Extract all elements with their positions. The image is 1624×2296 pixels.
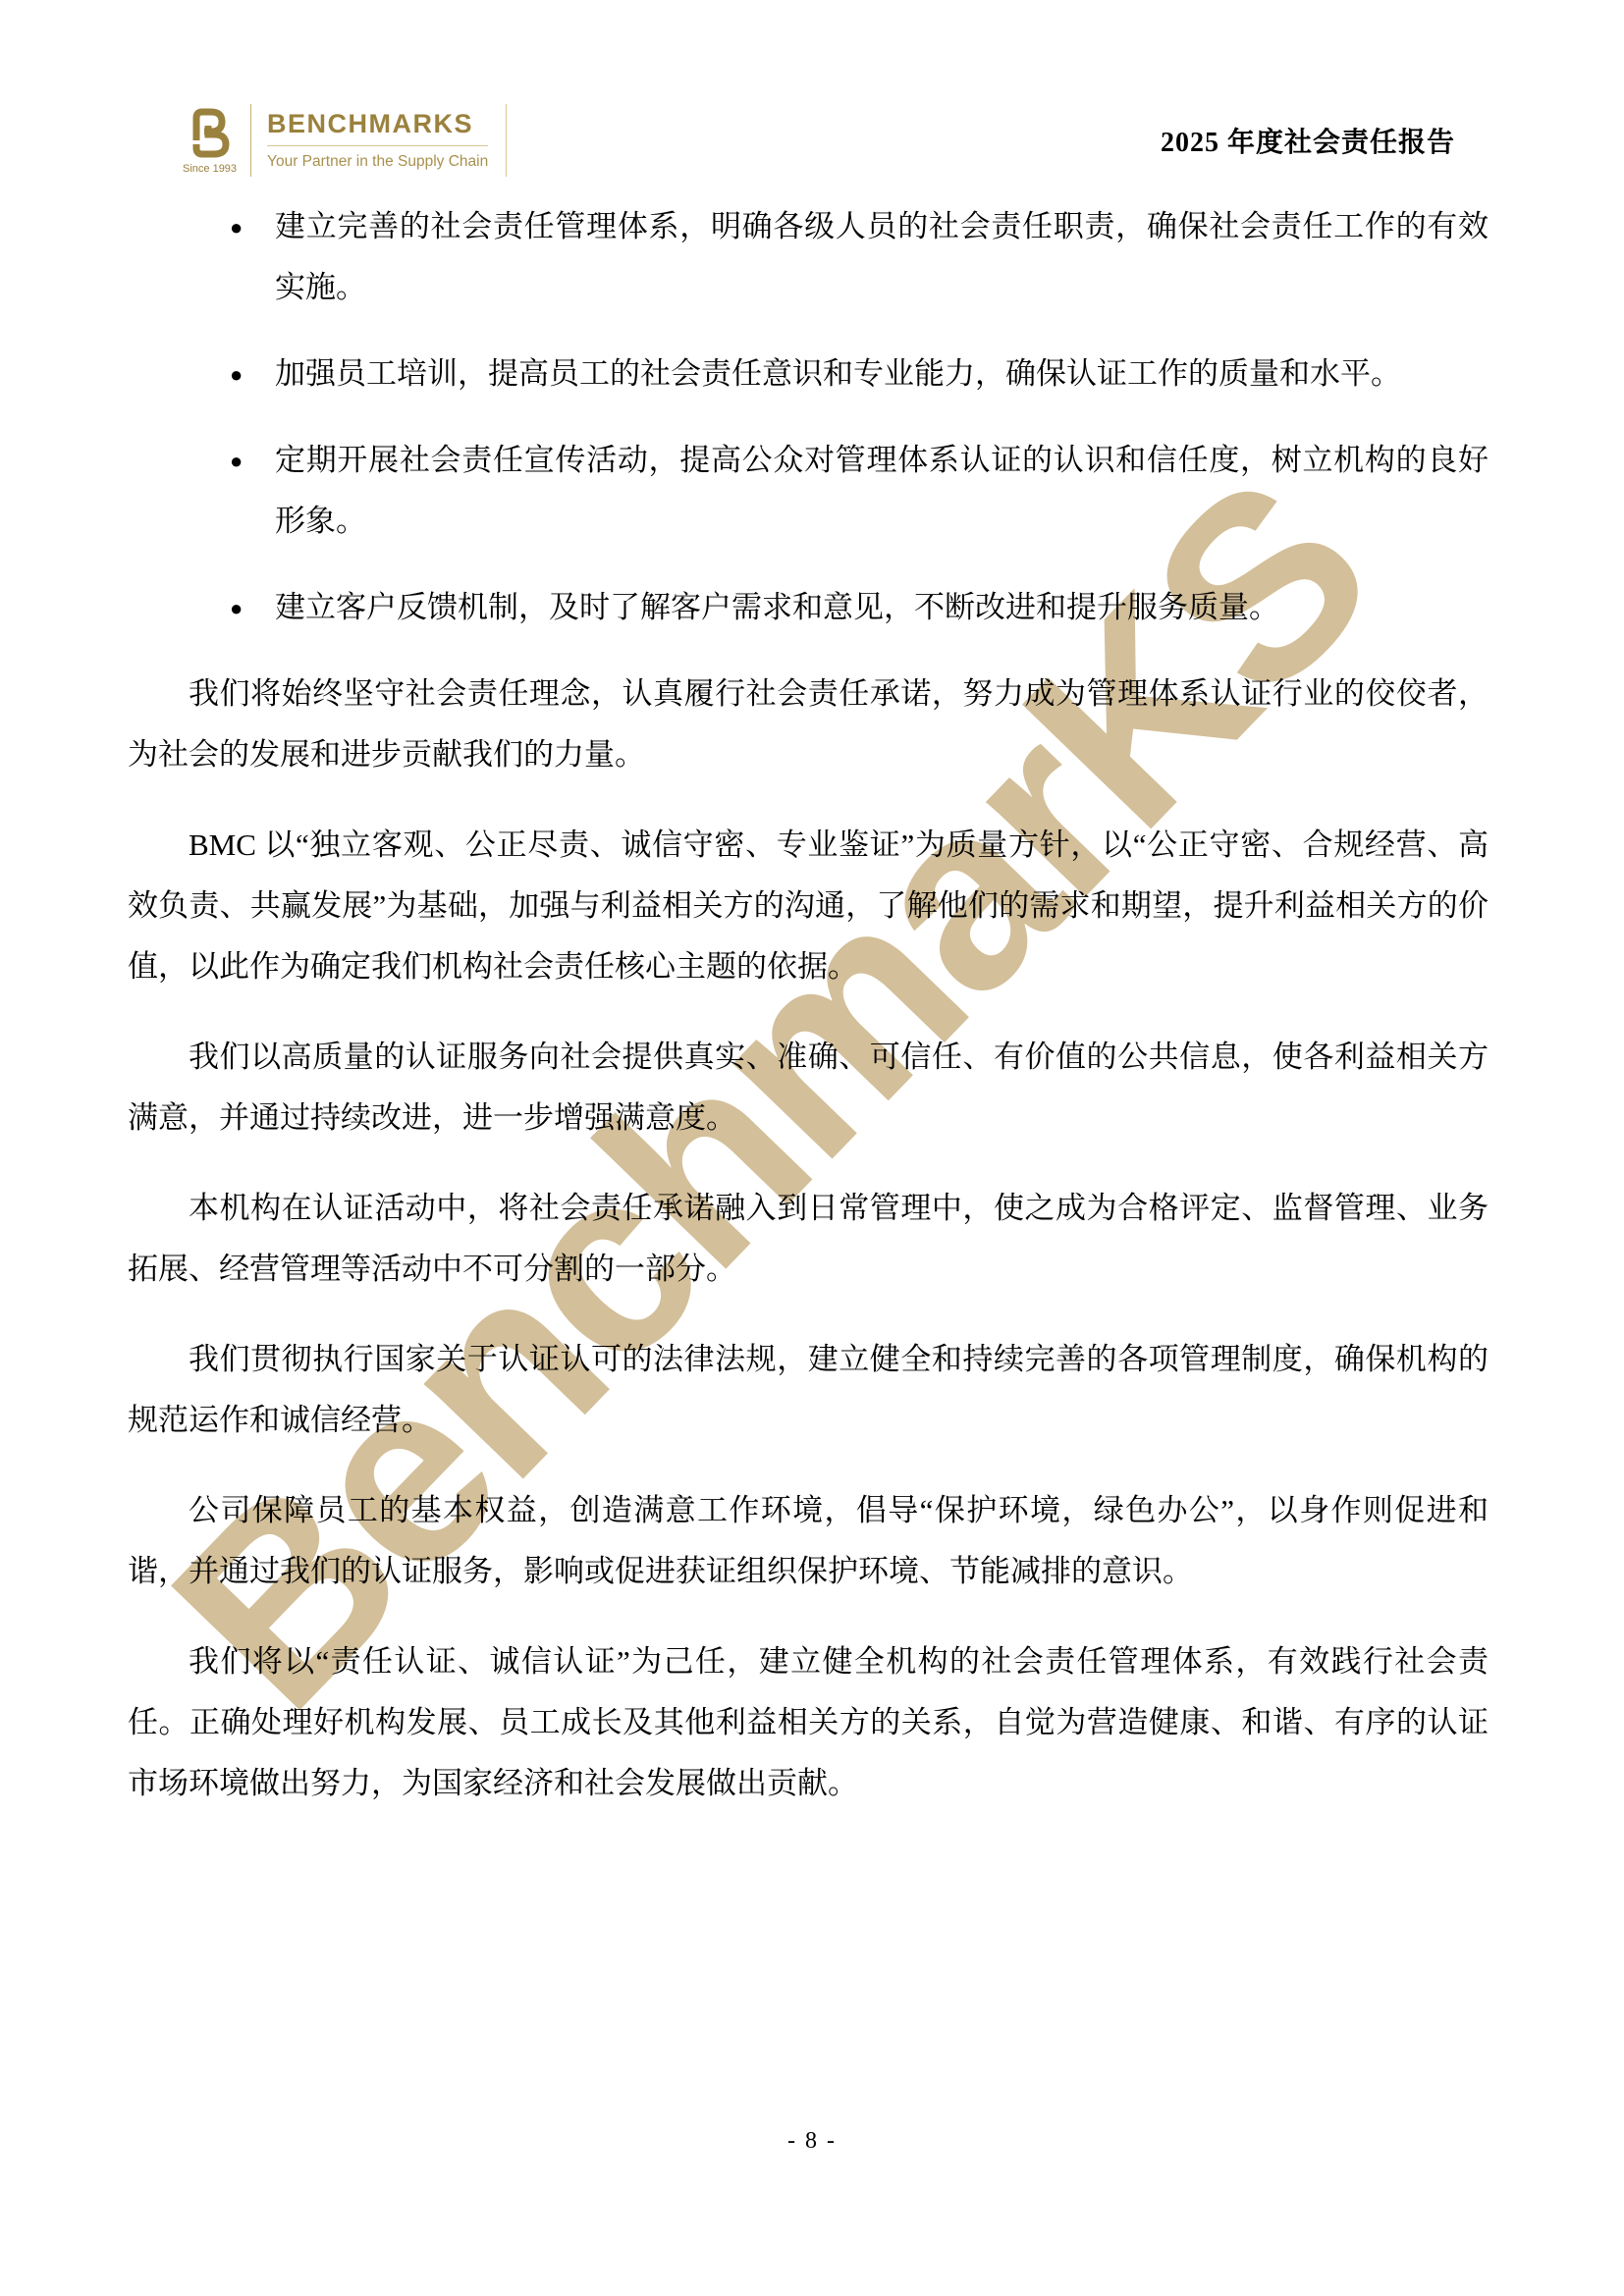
list-item-text: 建立完善的社会责任管理体系，明确各级人员的社会责任职责，确保社会责任工作的有效实… bbox=[275, 209, 1489, 304]
bullet-dot-icon: ● bbox=[230, 578, 243, 639]
paragraph: 本机构在认证活动中，将社会责任承诺融入到日常管理中，使之成为合格评定、监督管理、… bbox=[128, 1178, 1489, 1300]
list-item: ● 建立完善的社会责任管理体系，明确各级人员的社会责任职责，确保社会责任工作的有… bbox=[128, 196, 1489, 318]
list-item-text: 定期开展社会责任宣传活动，提高公众对管理体系认证的认识和信任度，树立机构的良好形… bbox=[275, 443, 1489, 538]
document-page: BenchmarKS Since 1993 BENCHMARKS Your Pa… bbox=[0, 0, 1624, 2296]
document-body: ● 建立完善的社会责任管理体系，明确各级人员的社会责任职责，确保社会责任工作的有… bbox=[0, 177, 1624, 1814]
paragraph: 公司保障员工的基本权益，创造满意工作环境，倡导“保护环境，绿色办公”，以身作则促… bbox=[128, 1480, 1489, 1602]
paragraph: 我们贯彻执行国家关于认证认可的法律法规，建立健全和持续完善的各项管理制度，确保机… bbox=[128, 1329, 1489, 1451]
brand-name: BENCHMARKS bbox=[267, 110, 488, 139]
report-title: 2025 年度社会责任报告 bbox=[1161, 121, 1455, 160]
logo-text-column: BENCHMARKS Your Partner in the Supply Ch… bbox=[251, 104, 507, 177]
benchmarks-b-icon bbox=[184, 104, 237, 161]
bullet-dot-icon: ● bbox=[230, 431, 243, 492]
list-item: ● 建立客户反馈机制，及时了解客户需求和意见，不断改进和提升服务质量。 bbox=[128, 577, 1489, 638]
paragraph: 我们将始终坚守社会责任理念，认真履行社会责任承诺，努力成为管理体系认证行业的佼佼… bbox=[128, 664, 1489, 785]
list-item-text: 加强员工培训，提高员工的社会责任意识和专业能力，确保认证工作的质量和水平。 bbox=[275, 356, 1401, 391]
paragraph: BMC 以“独立客观、公正尽责、诚信守密、专业鉴证”为质量方针，以“公正守密、合… bbox=[128, 815, 1489, 997]
company-logo: Since 1993 BENCHMARKS Your Partner in th… bbox=[183, 104, 507, 177]
page-number: - 8 - bbox=[787, 2128, 837, 2154]
list-item: ● 加强员工培训，提高员工的社会责任意识和专业能力，确保认证工作的质量和水平。 bbox=[128, 344, 1489, 404]
paragraph: 我们以高质量的认证服务向社会提供真实、准确、可信任、有价值的公共信息，使各利益相… bbox=[128, 1027, 1489, 1148]
page-footer: - 8 - bbox=[0, 2128, 1624, 2155]
page-header: Since 1993 BENCHMARKS Your Partner in th… bbox=[0, 0, 1624, 177]
logo-mark-column: Since 1993 bbox=[183, 104, 251, 177]
bullet-list: ● 建立完善的社会责任管理体系，明确各级人员的社会责任职责，确保社会责任工作的有… bbox=[128, 196, 1489, 638]
paragraph: 我们将以“责任认证、诚信认证”为己任，建立健全机构的社会责任管理体系，有效践行社… bbox=[128, 1631, 1489, 1814]
since-label: Since 1993 bbox=[183, 163, 237, 175]
list-item-text: 建立客户反馈机制，及时了解客户需求和意见，不断改进和提升服务质量。 bbox=[275, 590, 1279, 624]
bullet-dot-icon: ● bbox=[230, 197, 243, 258]
bullet-dot-icon: ● bbox=[230, 345, 243, 405]
brand-tagline: Your Partner in the Supply Chain bbox=[267, 145, 488, 171]
list-item: ● 定期开展社会责任宣传活动，提高公众对管理体系认证的认识和信任度，树立机构的良… bbox=[128, 430, 1489, 552]
